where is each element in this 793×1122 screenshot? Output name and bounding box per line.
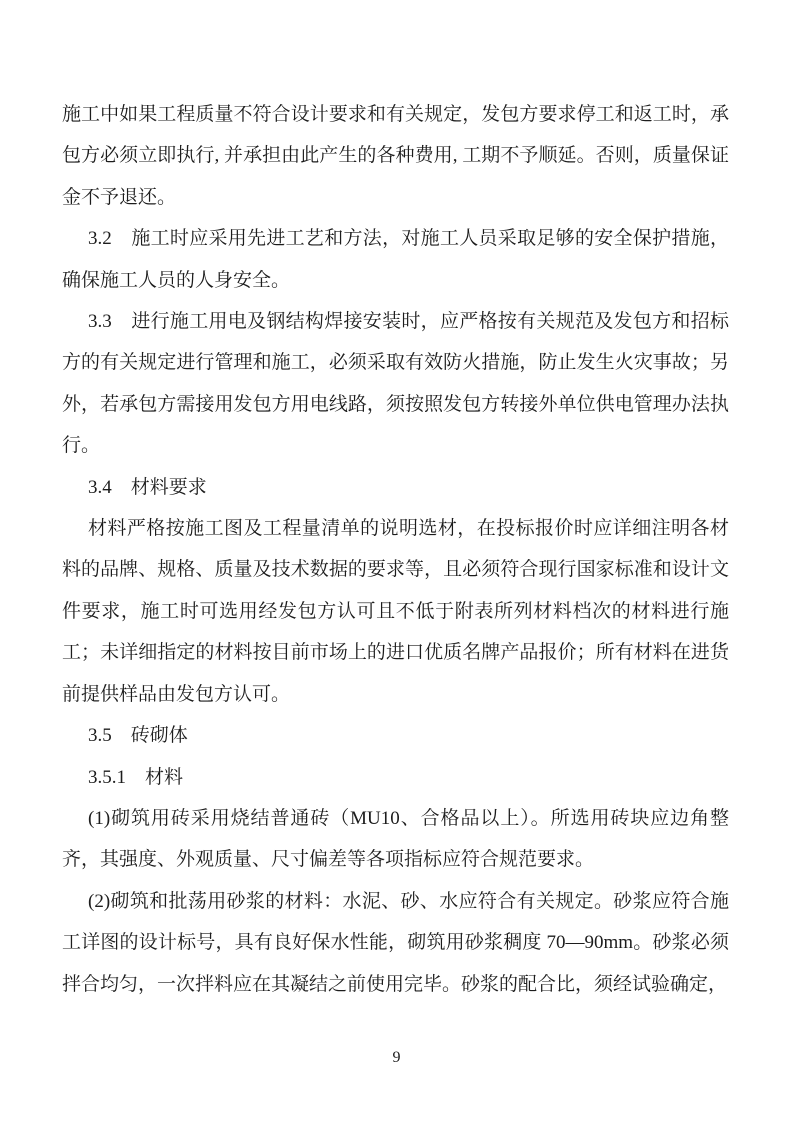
page-number: 9	[393, 1049, 401, 1066]
paragraph: 3.4 材料要求	[62, 467, 729, 508]
document-page: 施工中如果工程质量不符合设计要求和有关规定，发包方要求停工和返工时，承包方必须立…	[0, 0, 793, 1122]
document-body: 施工中如果工程质量不符合设计要求和有关规定，发包方要求停工和返工时，承包方必须立…	[62, 94, 729, 1005]
paragraph: 施工中如果工程质量不符合设计要求和有关规定，发包方要求停工和返工时，承包方必须立…	[62, 94, 729, 218]
paragraph: 3.5.1 材料	[62, 757, 729, 798]
paragraph: 3.3 进行施工用电及钢结构焊接安装时，应严格按有关规范及发包方和招标方的有关规…	[62, 301, 729, 467]
paragraph: (2)砌筑和批荡用砂浆的材料：水泥、砂、水应符合有关规定。砂浆应符合施工详图的设…	[62, 881, 729, 1005]
page-footer: 9	[0, 1049, 793, 1067]
paragraph: 3.5 砖砌体	[62, 715, 729, 756]
paragraph: 3.2 施工时应采用先进工艺和方法，对施工人员采取足够的安全保护措施，确保施工人…	[62, 218, 729, 301]
paragraph: 材料严格按施工图及工程量清单的说明选材，在投标报价时应详细注明各材料的品牌、规格…	[62, 508, 729, 715]
paragraph: (1)砌筑用砖采用烧结普通砖（MU10、合格品以上）。所选用砖块应边角整齐，其强…	[62, 798, 729, 881]
